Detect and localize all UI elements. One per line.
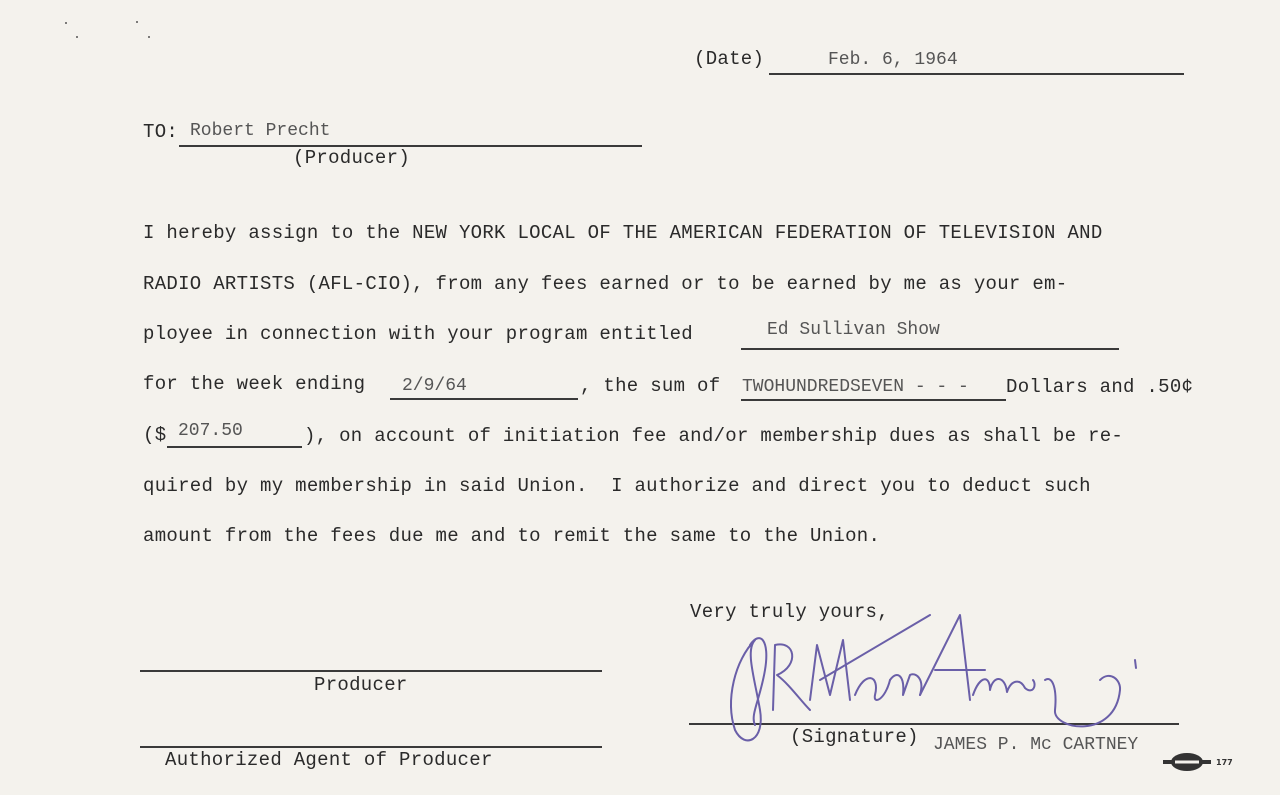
body-line-5-suffix: ), on account of initiation fee and/or m… [304,425,1123,447]
union-label-stamp-icon [1163,752,1211,772]
speck [65,22,67,24]
date-value: Feb. 6, 1964 [828,50,958,70]
body-line-4-prefix: for the week ending [143,373,365,395]
agent-caption: Authorized Agent of Producer [165,749,493,771]
amount-line [167,446,302,448]
producer-signature-line [140,670,602,672]
document-page: (Date) Feb. 6, 1964 TO: Robert Precht (P… [0,0,1280,795]
handwritten-signature [715,600,1145,750]
to-label: TO: [143,121,178,143]
agent-signature-line [140,746,602,748]
program-value: Ed Sullivan Show [767,320,940,340]
producer-caption: Producer [314,674,408,696]
body-line-6: quired by my membership in said Union. I… [143,475,1091,497]
body-line-7: amount from the fees due me and to remit… [143,525,880,547]
to-line [179,145,642,147]
sum-words-value: TWOHUNDREDSEVEN - - - [742,377,969,397]
sum-words-line [741,399,1006,401]
speck [136,21,138,23]
amount-value: 207.50 [178,421,243,441]
week-ending-line [390,398,578,400]
body-line-2: RADIO ARTISTS (AFL-CIO), from any fees e… [143,273,1067,295]
program-line [741,348,1119,350]
speck [148,36,150,38]
week-ending-value: 2/9/64 [402,376,467,396]
producer-caption-top: (Producer) [293,147,410,169]
stamp-number: 177 [1216,758,1233,767]
body-line-4-suffix: Dollars and .50¢ [1006,376,1193,398]
body-line-1: I hereby assign to the NEW YORK LOCAL OF… [143,222,1103,244]
date-label: (Date) [694,48,764,70]
to-value: Robert Precht [190,121,330,141]
body-line-4-mid: , the sum of [580,375,720,397]
speck [76,36,78,38]
body-line-3-prefix: ployee in connection with your program e… [143,323,693,345]
body-line-5-open: ($ [143,424,166,446]
date-line [769,73,1184,75]
